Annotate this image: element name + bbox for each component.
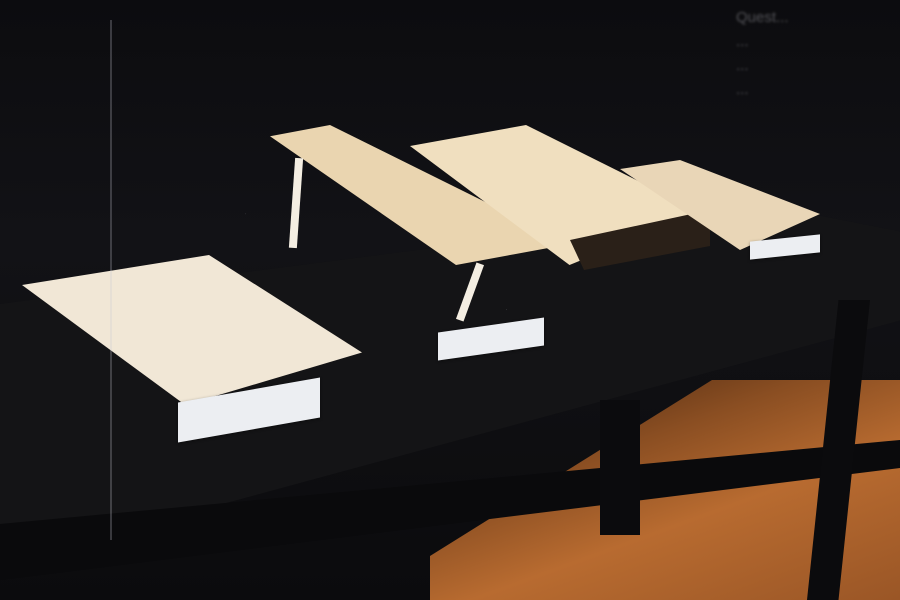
table-leg [600,400,640,535]
wall-text-line: ... [736,30,900,54]
wall-text-line: ... [736,78,900,102]
wall-text-line: Quest... [736,6,900,30]
wall-text-line: ... [736,54,900,78]
museum-display-photo: Quest... ... ... ... Museum glass displa… [0,0,900,600]
wall-text-panel: Quest... ... ... ... [700,0,900,150]
scene-description: Museum glass display case on a dark tabl… [8,593,106,594]
open-book [270,125,710,275]
glass-case-edge [0,20,112,540]
